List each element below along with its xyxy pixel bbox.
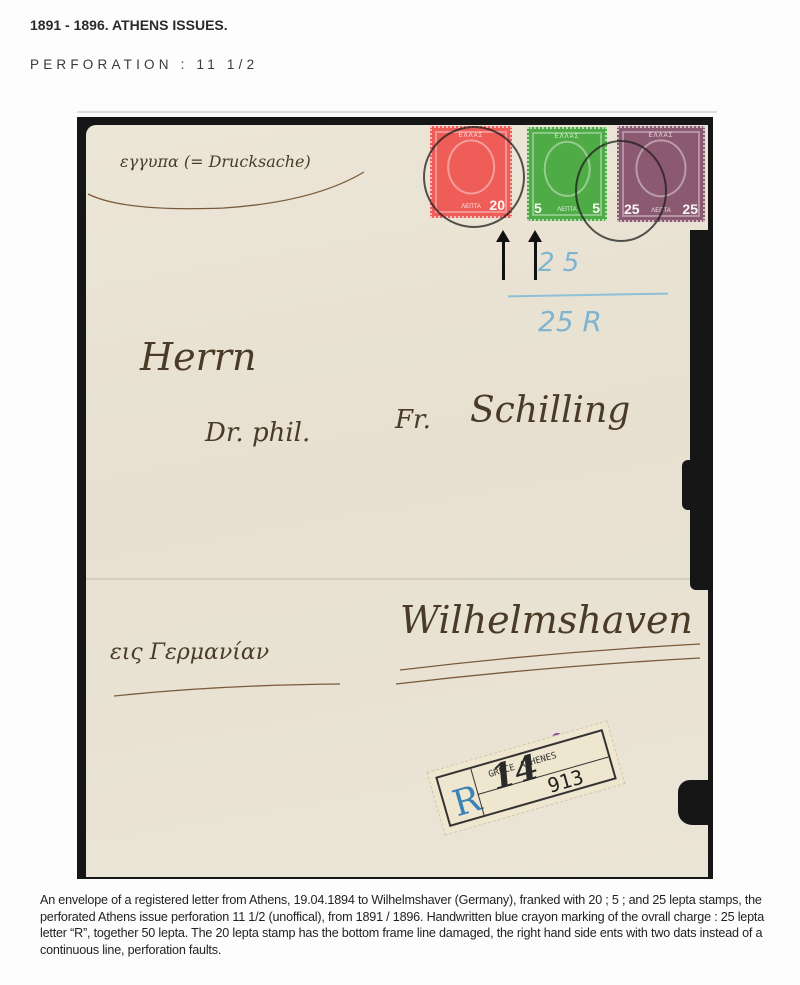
- torn-edge: [690, 230, 710, 590]
- postmark-cancel: [423, 126, 525, 228]
- stamp-country: ΕΛΛΑΣ: [619, 133, 703, 139]
- stamp-country: ΕΛΛΑΣ: [529, 134, 605, 140]
- perforation-subtitle: PERFORATION : 11 1/2: [30, 57, 258, 72]
- description-caption: An envelope of a registered letter from …: [40, 892, 790, 958]
- stamp-value: 5: [534, 200, 542, 216]
- recipient-surname: Schilling: [470, 390, 630, 431]
- stamp-value: 25: [682, 201, 698, 217]
- recipient-initial: Fr.: [395, 405, 431, 435]
- handwritten-mark: 14: [487, 747, 544, 798]
- postmark-cancel: [575, 140, 667, 242]
- mount-top-line: [77, 111, 717, 113]
- blue-crayon-charge: 25 R: [538, 305, 602, 338]
- salutation: Herrn: [140, 335, 256, 379]
- registration-number: 913: [545, 765, 586, 798]
- address-underlines: [100, 630, 710, 700]
- fold-line: [86, 578, 706, 580]
- torn-edge: [682, 460, 696, 510]
- blue-crayon-marking: 2 5: [538, 248, 579, 278]
- page-title: 1891 - 1896. ATHENS ISSUES.: [30, 17, 228, 33]
- arrow-up-icon: [534, 240, 537, 280]
- torn-edge: [678, 780, 708, 825]
- recipient-title: Dr. phil.: [205, 418, 310, 448]
- underline-swoosh: [84, 160, 384, 220]
- arrow-up-icon: [502, 240, 505, 280]
